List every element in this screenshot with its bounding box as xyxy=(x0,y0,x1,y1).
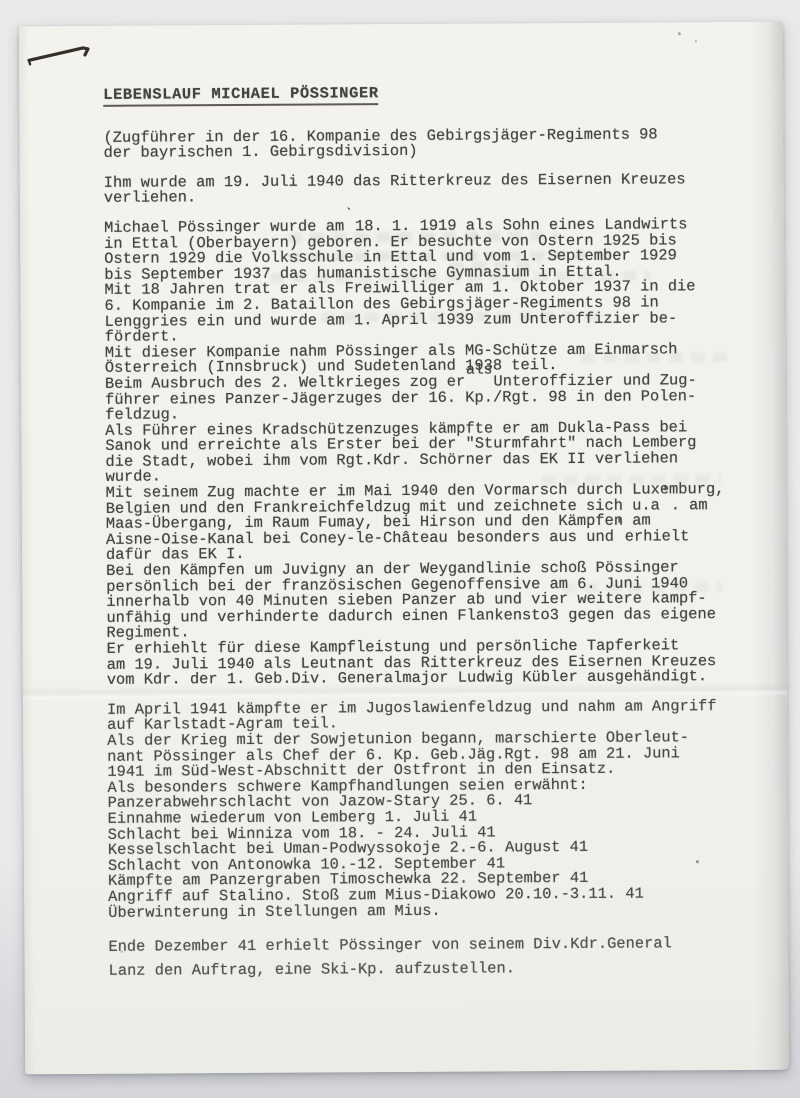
paragraph-biography-1919-1940: Michael Pössinger wurde amˋ18. 1. 1919 a… xyxy=(104,217,747,689)
document-title: LEBENSLAUF MICHAEL PÖSSINGER xyxy=(103,86,379,106)
document-content: LEBENSLAUF MICHAEL PÖSSINGER (Zugführer … xyxy=(103,84,749,997)
paragraph-closing-ski-kompanie: Ende Dezember 41 erhielt Pössinger von s… xyxy=(108,931,748,983)
document-body: (Zugführer in der 16. Kompanie des Gebir… xyxy=(103,127,748,983)
paragraph-subtitle: (Zugführer in der 16. Kompanie des Gebir… xyxy=(103,127,743,162)
paragraph-award-note: Ihm wurde am 19. Juli 1940 das Ritterkre… xyxy=(104,172,744,207)
pen-stroke-mark xyxy=(25,38,105,68)
paper-speck xyxy=(695,40,697,42)
paragraph-campaign-1941: Im April 1941 kämpfte er im Jugoslawienf… xyxy=(107,699,748,921)
document-page: LEBENSLAUF MICHAEL PÖSSINGER (Zugführer … xyxy=(19,22,789,1075)
paper-speck xyxy=(678,32,681,35)
